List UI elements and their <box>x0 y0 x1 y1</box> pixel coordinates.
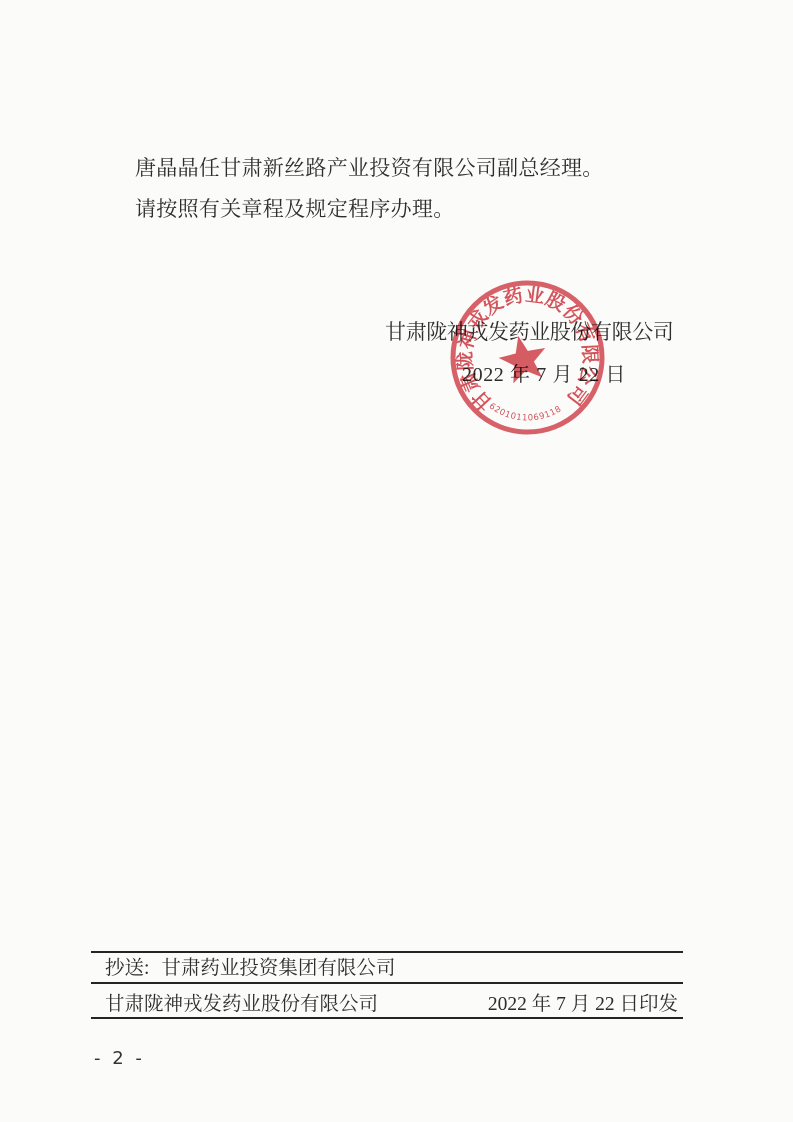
issuer-row: 甘肃陇神戎发药业股份有限公司 2022 年 7 月 22 日印发 <box>105 992 678 1017</box>
footer-divider-bottom <box>91 1017 683 1019</box>
body-text-line-1: 唐晶晶任甘肃新丝路产业投资有限公司副总经理。 <box>135 155 604 182</box>
body-text-line-2: 请按照有关章程及规定程序办理。 <box>135 196 455 223</box>
svg-text:6201011069118: 6201011069118 <box>487 401 564 423</box>
cc-company: 甘肃药业投资集团有限公司 <box>161 958 395 979</box>
cc-row: 抄送:甘肃药业投资集团有限公司 <box>105 956 395 981</box>
star-icon <box>495 331 551 385</box>
seal-serial-number: 6201011069118 <box>487 401 564 423</box>
footer-print-date: 2022 年 7 月 22 日印发 <box>488 992 678 1017</box>
footer-issuer: 甘肃陇神戎发药业股份有限公司 <box>105 992 378 1017</box>
company-seal-stamp: 甘肃陇神戎发药业股份有限公司 6201011069118 <box>447 277 608 438</box>
footer-divider-middle <box>91 982 683 984</box>
footer-divider-top <box>91 951 683 953</box>
document-page: 唐晶晶任甘肃新丝路产业投资有限公司副总经理。 请按照有关章程及规定程序办理。 甘… <box>0 0 793 1122</box>
page-number: - 2 - <box>94 1048 145 1069</box>
cc-label: 抄送: <box>105 958 149 979</box>
